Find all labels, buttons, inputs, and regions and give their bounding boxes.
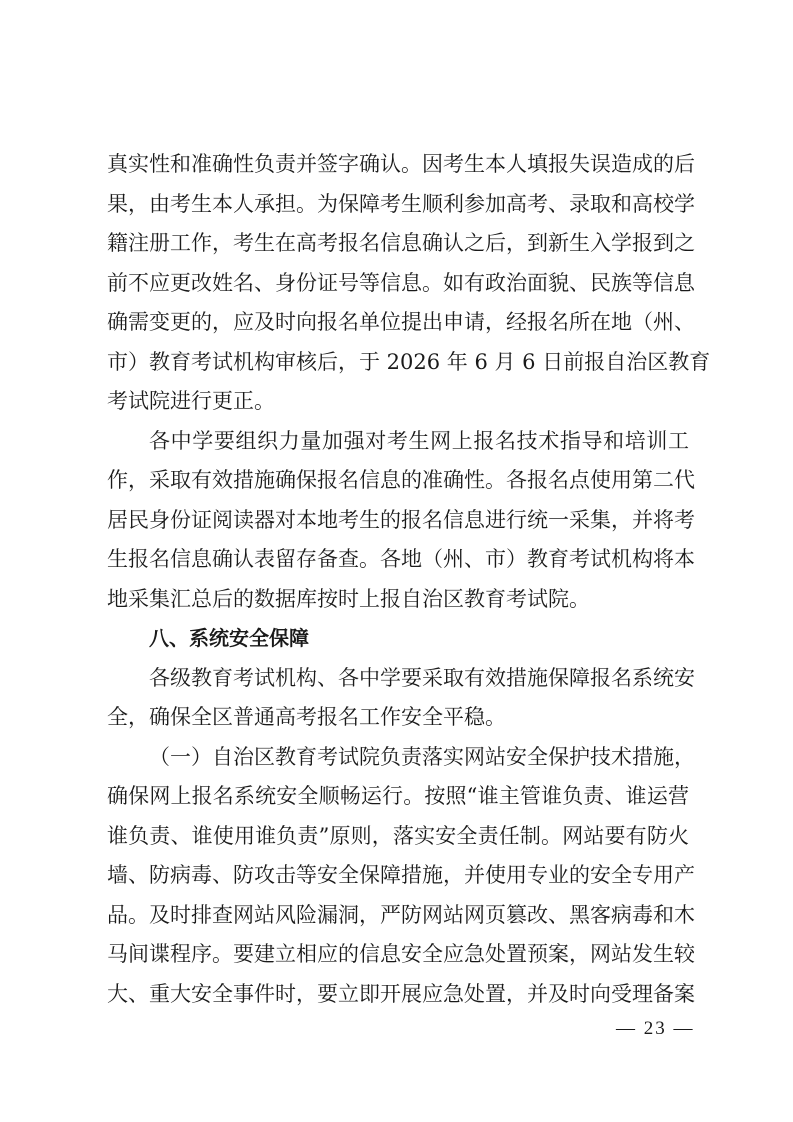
text-line: 谁负责、谁使用谁负责”原则，落实安全责任制。网站要有防火 (107, 817, 689, 857)
text-line: 确需变更的，应及时向报名单位提出申请，经报名所在地（州、 (107, 303, 689, 343)
page-number: — 23 — (616, 1018, 695, 1040)
document-body: 真实性和准确性负责并签字确认。因考生本人填报失误造成的后 果，由考生本人承担。为… (107, 145, 689, 1014)
text-line: 地采集汇总后的数据库按时上报自治区教育考试院。 (107, 580, 689, 620)
text-line: 全，确保全区普通高考报名工作安全平稳。 (107, 698, 689, 738)
text-line: 墙、防病毒、防攻击等安全保障措施，并使用专业的安全专用产 (107, 856, 689, 896)
text-line: 马间谍程序。要建立相应的信息安全应急处置预案，网站发生较 (107, 935, 689, 975)
text-line: 籍注册工作，考生在高考报名信息确认之后，到新生入学报到之 (107, 224, 689, 264)
text-line: 各级教育考试机构、各中学要采取有效措施保障报名系统安 (107, 659, 689, 699)
text-line: 真实性和准确性负责并签字确认。因考生本人填报失误造成的后 (107, 145, 689, 185)
text-line: 考试院进行更正。 (107, 382, 689, 422)
text-line: 生报名信息确认表留存备查。各地（州、市）教育考试机构将本 (107, 540, 689, 580)
text-line: 前不应更改姓名、身份证号等信息。如有政治面貌、民族等信息 (107, 264, 689, 304)
text-line: 大、重大安全事件时，要立即开展应急处置，并及时向受理备案 (107, 975, 689, 1015)
text-line: （一）自治区教育考试院负责落实网站安全保护技术措施， (107, 738, 689, 778)
text-line: 市）教育考试机构审核后，于 2026 年 6 月 6 日前报自治区教育 (107, 343, 689, 383)
text-line: 居民身份证阅读器对本地考生的报名信息进行统一采集，并将考 (107, 501, 689, 541)
text-line: 果，由考生本人承担。为保障考生顺利参加高考、录取和高校学 (107, 185, 689, 225)
text-line: 品。及时排查网站风险漏洞，严防网站网页篡改、黑客病毒和木 (107, 896, 689, 936)
text-line: 确保网上报名系统安全顺畅运行。按照“谁主管谁负责、谁运营 (107, 777, 689, 817)
section-heading: 八、系统安全保障 (107, 619, 689, 659)
text-line: 作，采取有效措施确保报名信息的准确性。各报名点使用第二代 (107, 461, 689, 501)
text-line: 各中学要组织力量加强对考生网上报名技术指导和培训工 (107, 422, 689, 462)
